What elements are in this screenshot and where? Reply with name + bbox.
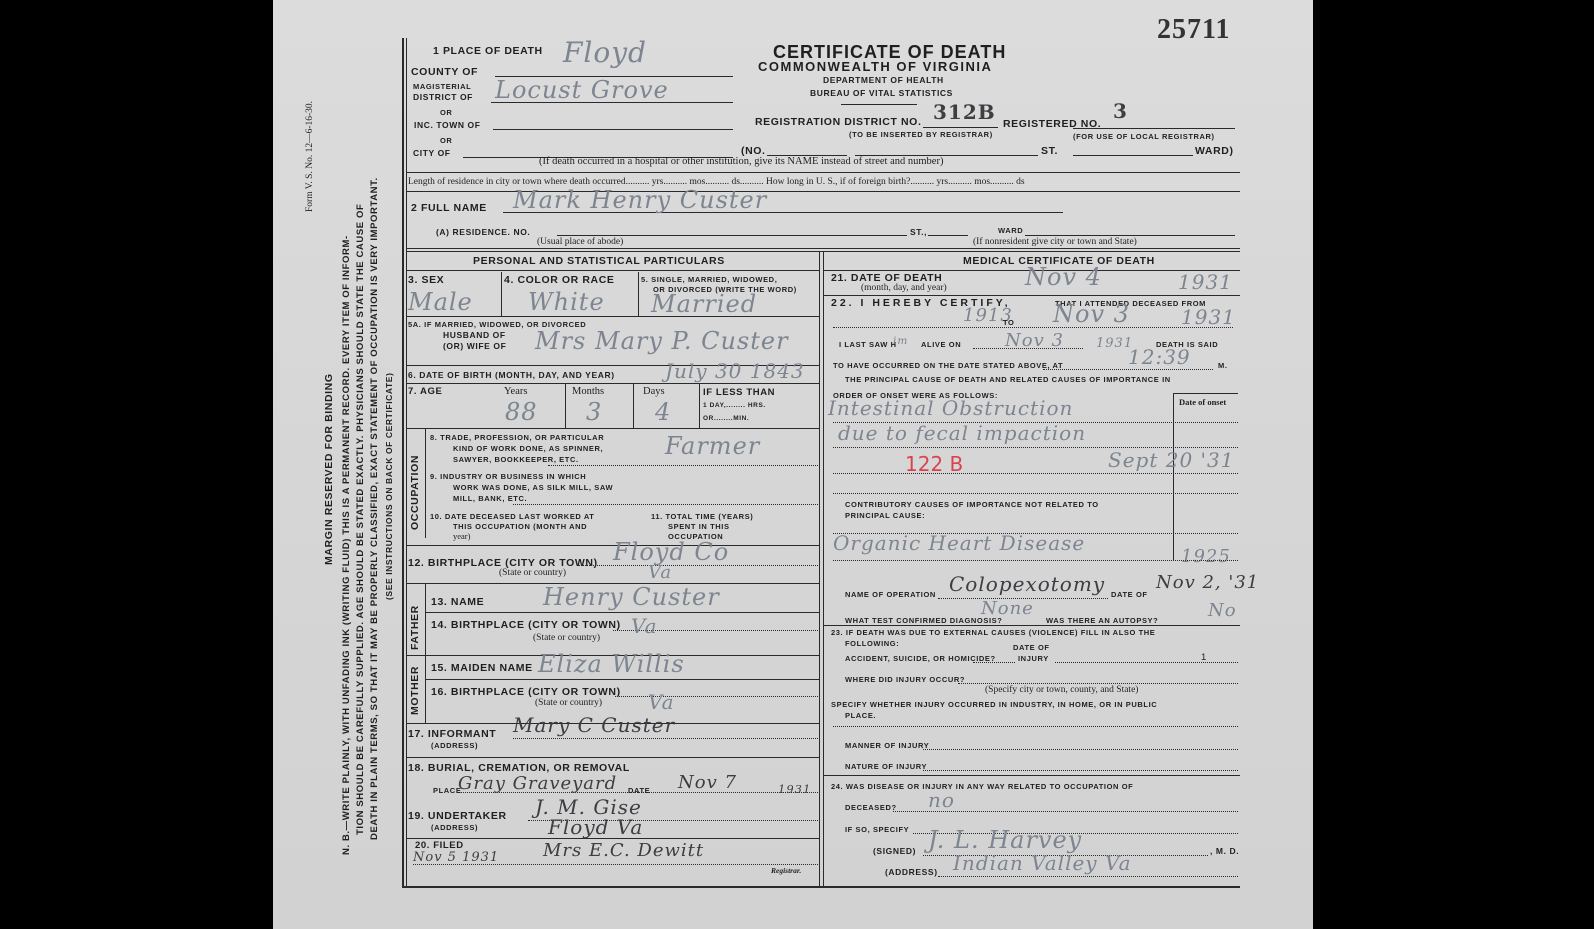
total-time-label-1: 11. TOTAL TIME (YEARS)	[651, 512, 753, 521]
less-than-min: OR........MIN.	[703, 415, 749, 422]
town-field[interactable]	[493, 129, 733, 130]
injury-date-field[interactable]	[1055, 662, 1238, 663]
occupation-side-label: OCCUPATION	[409, 455, 421, 530]
race-value[interactable]: White	[528, 288, 605, 316]
contributory-label-1: CONTRIBUTORY CAUSES OF IMPORTANCE NOT RE…	[845, 500, 1099, 509]
rule-8	[406, 428, 819, 429]
father-name-value[interactable]: Henry Custer	[543, 583, 720, 611]
father-birthplace-value[interactable]: Va	[631, 614, 658, 638]
registrar-value[interactable]: Mrs E.C. Dewitt	[543, 840, 704, 861]
dod-sublabel: (month, day, and year)	[861, 283, 947, 293]
time-value[interactable]: 12:39	[1128, 345, 1191, 369]
full-name-label: 2 FULL NAME	[411, 202, 487, 214]
cause-rule-3	[833, 473, 1238, 474]
registration-district-line	[923, 127, 998, 128]
burial-date-value[interactable]: Nov 7	[678, 772, 737, 793]
manner-field[interactable]	[923, 749, 1238, 750]
principal-cause-label-1: THE PRINCIPAL CAUSE OF DEATH AND RELATED…	[845, 375, 1171, 384]
where-field[interactable]	[958, 683, 1238, 684]
attended-to-year[interactable]: 1931	[1181, 305, 1236, 329]
specify-field[interactable]	[833, 726, 1238, 727]
industry-field[interactable]	[513, 504, 818, 505]
last-saw-value[interactable]: Nov 3	[1005, 330, 1064, 351]
days-label: Days	[643, 386, 665, 397]
death-certificate-page: 25711 Form V. S. No. 12—6-16-30. MARGIN …	[273, 0, 1313, 929]
registered-no-value[interactable]: 3	[1113, 99, 1128, 123]
margin-instructions-line-3: DEATH IN PLAIN TERMS, SO THAT IT MAY BE …	[369, 177, 380, 840]
m-label: M.	[1218, 361, 1228, 370]
full-name-value[interactable]: Mark Henry Custer	[513, 186, 767, 214]
alive-on-label: ALIVE ON	[921, 340, 961, 349]
nonresident-note: (If nonresident give city or town and St…	[973, 237, 1137, 247]
department-label: DEPARTMENT OF HEALTH	[823, 75, 944, 85]
date-of-label: DATE OF	[1013, 643, 1050, 652]
less-than-label: IF LESS THAN	[703, 387, 775, 398]
margin-instructions-line-4: (SEE INSTRUCTIONS ON BACK OF CERTIFICATE…	[384, 373, 394, 601]
ward-label: Ward)	[1195, 145, 1234, 157]
district-label: DISTRICT OF	[413, 92, 473, 102]
operation-value[interactable]: Colopexotomy	[949, 572, 1105, 596]
race-marital-divider	[638, 272, 639, 316]
last-saw-pronoun[interactable]: im	[893, 335, 908, 347]
external-label-1: 23. IF DEATH WAS DUE TO EXTERNAL CAUSES …	[831, 628, 1155, 637]
cause-onset[interactable]: Sept 20 '31	[1108, 448, 1235, 472]
informant-label: 17. INFORMANT	[408, 728, 496, 740]
registration-district-note: (TO BE INSERTED BY REGISTRAR)	[849, 130, 993, 139]
ifso-label: IF SO, SPECIFY	[845, 825, 909, 834]
informant-value[interactable]: Mary C Custer	[513, 713, 675, 737]
burial-year-value[interactable]: 1931	[778, 782, 811, 796]
marital-label: 5. SINGLE, MARRIED, WIDOWED,	[641, 275, 777, 284]
burial-date-label: DATE	[628, 786, 650, 795]
dob-value[interactable]: July 30 1843	[665, 359, 805, 383]
rule-14	[406, 838, 819, 839]
last-worked-label-1: 10. DATE DECEASED LAST WORKED AT	[430, 512, 595, 521]
nature-label: NATURE OF INJURY	[845, 762, 927, 771]
trade-value[interactable]: Farmer	[665, 432, 760, 460]
occupation-side-divider	[425, 428, 426, 538]
father-name-label: 13. NAME	[431, 596, 484, 608]
years-value[interactable]: 88	[505, 398, 538, 426]
sex-value[interactable]: Male	[408, 288, 473, 316]
rule-5	[406, 316, 819, 317]
spouse-label-2: HUSBAND OF	[443, 330, 506, 340]
margin-instructions-line-1: N. B.—WRITE PLAINLY, WITH UNFADING INK (…	[341, 235, 352, 855]
md-label: , M. D.	[1210, 846, 1239, 856]
mother-side-label: MOTHER	[409, 666, 421, 715]
column-divider	[819, 251, 820, 887]
certificate-subtitle: COMMONWEALTH OF VIRGINIA	[758, 59, 992, 74]
less-than-hrs: 1 DAY,........ HRS.	[703, 402, 766, 409]
bureau-label: BUREAU OF VITAL STATISTICS	[810, 88, 953, 98]
related-label-2: DECEASED?	[845, 803, 897, 812]
months-label: Months	[572, 386, 604, 397]
address-label: (ADDRESS)	[885, 867, 938, 877]
manner-label: MANNER OF INJURY	[845, 741, 929, 750]
medical-rule-4	[823, 775, 1240, 776]
cause-line-1[interactable]: Intestinal Obstruction	[828, 396, 1073, 420]
margin-instructions-line-2: TION SHOULD BE CAREFULLY SUPPLIED. AGE S…	[355, 204, 366, 835]
father-birthplace-label: 14. BIRTHPLACE (city or town)	[431, 619, 621, 631]
district-value[interactable]: Locust Grove	[495, 76, 669, 104]
mother-name-line	[425, 679, 819, 680]
industry-label-1: 9. INDUSTRY OR BUSINESS IN WHICH	[430, 472, 586, 481]
marital-value[interactable]: Married	[651, 290, 757, 318]
city-label: CITY OF	[413, 148, 451, 158]
injury-label: INJURY	[1018, 654, 1049, 663]
or-label-1: OR	[440, 108, 452, 117]
operation-date-value[interactable]: Nov 2, '31	[1156, 572, 1259, 593]
autopsy-value[interactable]: No	[1208, 600, 1237, 621]
county-value[interactable]: Floyd	[563, 36, 647, 69]
rule-3	[406, 248, 1240, 249]
hospital-note: (If death occurred in a hospital or othe…	[539, 156, 943, 167]
autopsy-label: WAS THERE AN AUTOPSY?	[1046, 616, 1158, 625]
father-state-label: (State or country)	[533, 633, 600, 643]
total-time-label-2: SPENT IN THIS	[668, 522, 730, 531]
registered-no-note: (FOR USE OF LOCAL REGISTRAR)	[1073, 132, 1215, 141]
cause-rule-4	[833, 493, 1238, 494]
years-label: Years	[504, 386, 527, 397]
external-label-2: FOLLOWING:	[845, 639, 899, 648]
header-rule	[841, 104, 917, 105]
column-divider-2	[823, 251, 824, 887]
father-name-line	[425, 612, 819, 613]
onset-header: Date of onset	[1179, 397, 1226, 407]
or-label-2: OR	[440, 136, 452, 145]
to-label: TO	[1003, 318, 1014, 327]
ward-field[interactable]	[1073, 155, 1193, 156]
rule-1	[406, 172, 1240, 173]
rule-13	[406, 757, 819, 758]
form-border-left	[402, 38, 404, 888]
mother-side-divider	[425, 655, 426, 723]
undertaker-address-value[interactable]: Floyd Va	[548, 815, 643, 839]
rule-4	[406, 270, 819, 271]
informant-address-label: (ADDRESS)	[431, 741, 478, 750]
accident-field[interactable]	[973, 662, 1015, 663]
residence-label: (A) RESIDENCE. No.	[436, 227, 530, 237]
residence-ward-label: WARD	[998, 226, 1023, 235]
father-side-divider	[425, 583, 426, 655]
dod-year[interactable]: 1931	[1178, 270, 1233, 294]
dod-value[interactable]: Nov 4	[1025, 263, 1102, 291]
registration-district-label: REGISTRATION DISTRICT NO.	[755, 116, 921, 128]
mother-birthplace-line	[615, 696, 818, 697]
where-label: WHERE DID INJURY OCCUR?	[845, 675, 965, 684]
contributory-rule-2	[833, 560, 1238, 561]
operation-date-label: DATE OF	[1111, 590, 1148, 599]
medical-rule-3	[823, 625, 1240, 626]
certificate-number: 25711	[1157, 14, 1230, 46]
residence-st-field[interactable]	[928, 235, 968, 236]
registered-no-line	[1073, 128, 1235, 129]
street-label: St.	[1041, 145, 1058, 157]
trade-label-1: 8. TRADE, PROFESSION, OR PARTICULAR	[430, 433, 604, 442]
age-divider-2	[633, 384, 634, 428]
form-border-bottom	[402, 886, 1240, 888]
informant-line	[513, 738, 818, 739]
contributory-label-2: PRINCIPAL CAUSE:	[845, 511, 925, 520]
medical-rule-2	[823, 295, 1240, 296]
spouse-value[interactable]: Mrs Mary P. Custer	[535, 327, 789, 355]
injury-year-prefix: 1	[1201, 652, 1206, 663]
contributory-value[interactable]: Organic Heart Disease	[833, 531, 1085, 555]
trade-label-3: SAWYER, BOOKKEEPER, ETC.	[453, 455, 579, 464]
place-of-death-label: 1 PLACE OF DEATH	[433, 45, 543, 57]
days-value[interactable]: 4	[655, 398, 671, 426]
age-label: 7. AGE	[408, 386, 442, 397]
attended-to-value[interactable]: Nov 3	[1053, 300, 1130, 328]
related-label-1: 24. WAS DISEASE OR INJURY IN ANY WAY REL…	[831, 782, 1133, 791]
residence-st-label: ST.,	[910, 227, 927, 237]
mother-name-value[interactable]: Eliza Willis	[538, 650, 685, 678]
last-worked-label-3: year)	[453, 531, 470, 541]
related-value[interactable]: no	[928, 788, 955, 812]
specify-label-2: PLACE.	[845, 711, 876, 720]
undertaker-address-label: (ADDRESS)	[431, 823, 478, 832]
residence-field[interactable]	[557, 235, 907, 236]
address-value[interactable]: Indian Valley Va	[953, 851, 1132, 875]
trade-line	[548, 465, 818, 466]
residence-ward-field[interactable]	[1025, 235, 1235, 236]
personal-particulars-header: PERSONAL AND STATISTICAL PARTICULARS	[473, 255, 725, 267]
sex-label: 3. SEX	[408, 274, 444, 286]
specify-label-1: SPECIFY WHETHER INJURY OCCURRED IN INDUS…	[831, 700, 1157, 709]
sex-race-divider	[501, 272, 502, 316]
contributory-onset[interactable]: 1925	[1181, 546, 1231, 567]
nature-field[interactable]	[923, 770, 1238, 771]
burial-place-value[interactable]: Gray Graveyard	[458, 773, 617, 794]
father-side-label: FATHER	[409, 605, 421, 650]
mother-state-label: (State or country)	[535, 698, 602, 708]
dob-label: 6. DATE OF BIRTH (month, day, and year)	[408, 370, 615, 380]
age-divider-3	[699, 384, 700, 428]
mother-birthplace-label: 16. BIRTHPLACE (city or town)	[431, 686, 621, 698]
occurred-label: TO HAVE OCCURRED ON THE DATE STATED ABOV…	[833, 361, 1063, 370]
test-value[interactable]: None	[981, 598, 1034, 619]
industry-label-3: MILL, BANK, ETC.	[453, 494, 527, 503]
county-label: COUNTY OF	[411, 66, 478, 78]
residence-note: (Usual place of abode)	[537, 237, 623, 247]
signed-value[interactable]: J. L. Harvey	[928, 826, 1082, 854]
months-value[interactable]: 3	[586, 398, 602, 426]
form-number: Form V. S. No. 12—6-16-30.	[305, 101, 315, 212]
town-label: INC. TOWN OF	[414, 120, 481, 130]
filed-date-value[interactable]: Nov 5 1931	[413, 850, 499, 865]
registration-district-value[interactable]: 312B	[933, 100, 996, 124]
mother-name-label: 15. MAIDEN NAME	[431, 662, 533, 674]
attended-line	[833, 327, 1233, 328]
trade-label-2: KIND OF WORK DONE, AS SPINNER,	[453, 444, 603, 453]
magisterial-label: MAGISTERIAL	[413, 82, 471, 91]
last-worked-label-2: THIS OCCUPATION (month and	[453, 522, 587, 531]
rule-7	[406, 383, 819, 384]
age-divider-1	[565, 384, 566, 428]
race-label: 4. COLOR OR RACE	[504, 274, 615, 286]
form-border-left-inner	[406, 38, 407, 888]
filed-line	[413, 864, 818, 865]
last-saw-label: I LAST SAW H	[839, 340, 897, 349]
where-note: (Specify city or town, county, and State…	[985, 685, 1138, 695]
industry-label-2: WORK WAS DONE, AS SILK MILL, SAW	[453, 483, 613, 492]
birthplace-state-label: (State or country)	[499, 568, 566, 578]
registrar-label: Registrar.	[771, 866, 801, 875]
time-line	[1043, 369, 1213, 370]
margin-reserved-label: MARGIN RESERVED FOR BINDING	[323, 373, 335, 565]
undertaker-label: 19. UNDERTAKER	[408, 810, 507, 822]
onset-top	[1173, 393, 1238, 394]
birthplace-state-value[interactable]: Va	[648, 562, 672, 583]
operation-label: NAME OF OPERATION	[845, 590, 936, 599]
mother-birthplace-value[interactable]: Va	[648, 690, 675, 714]
spouse-label-3: (OR) WIFE OF	[443, 341, 506, 351]
signed-label: (SIGNED)	[873, 846, 916, 856]
address-line	[938, 876, 1238, 877]
cause-line-2[interactable]: due to fecal impaction	[838, 421, 1086, 445]
onset-divider	[1173, 393, 1174, 560]
test-label: WHAT TEST CONFIRMED DIAGNOSIS?	[845, 616, 1002, 625]
